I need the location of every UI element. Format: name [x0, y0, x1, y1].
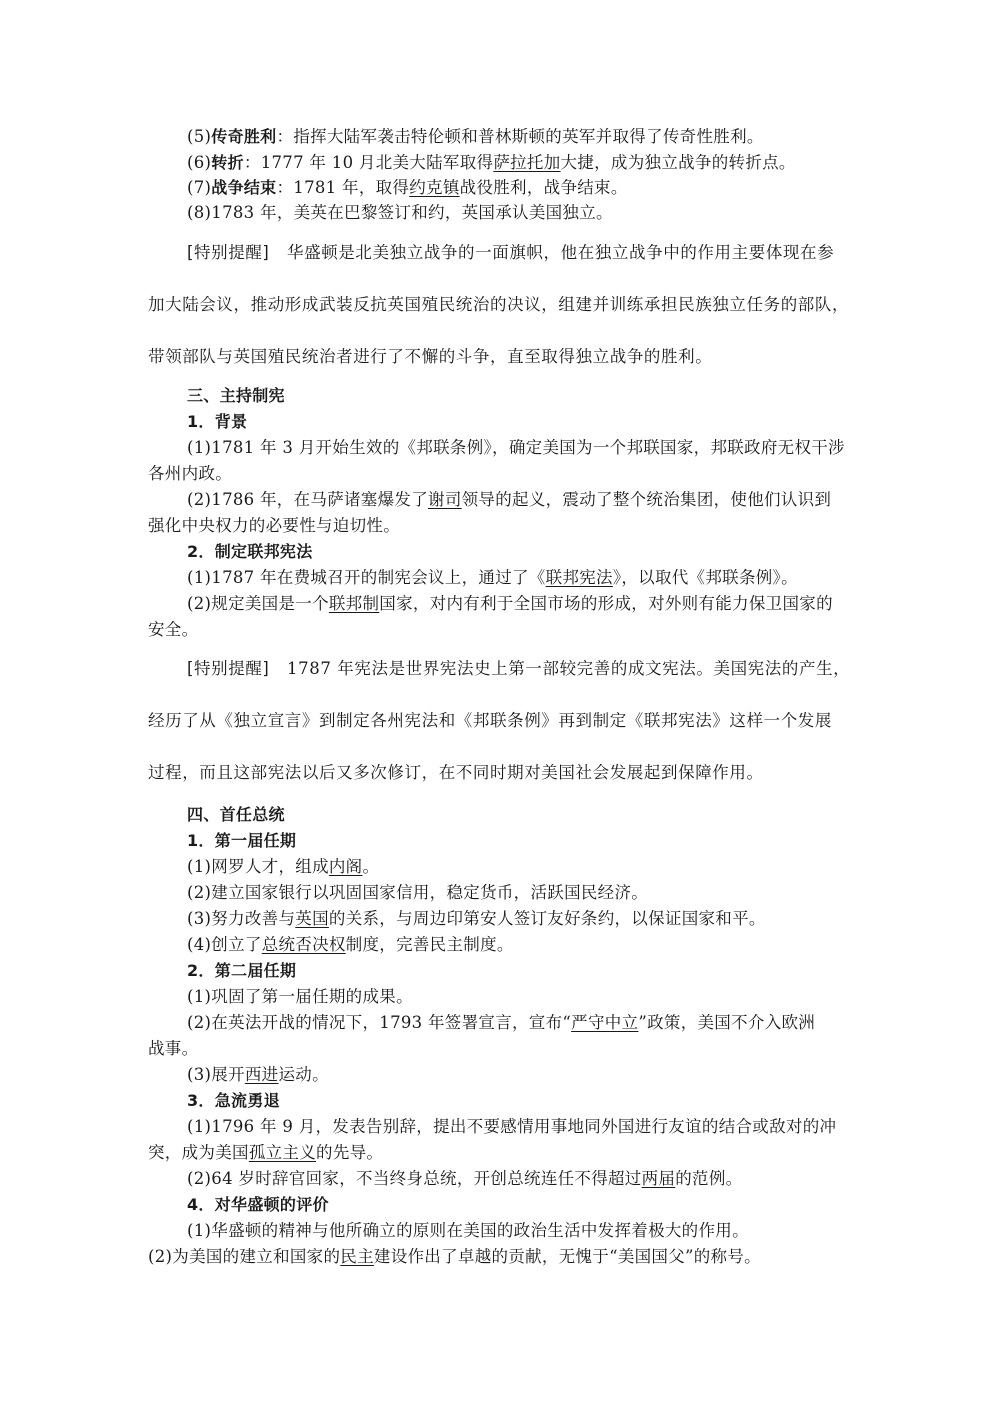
- special-note-1-line-1: [特别提醒] 华盛顿是北美独立战争的一面旗帜，他在独立战争中的作用主要体现在参: [187, 242, 852, 264]
- section-4-sub1-item-2: (2)建立国家银行以巩固国家信用，稳定货币，活跃国民经济。: [187, 882, 852, 904]
- section-4-sub1-title: 1．第一届任期: [187, 830, 852, 852]
- section-4-sub4-title: 4．对华盛顿的评价: [187, 1194, 852, 1216]
- section-3-title: 三、主持制宪: [187, 385, 852, 407]
- underlined-term: 谢司: [428, 490, 462, 509]
- section-4-sub4-p2: (2)为美国的建立和国家的民主建设作出了卓越的贡献，无愧于“美国国父”的称号。: [148, 1246, 852, 1268]
- section-4-sub3-p1: (1)1796 年 9 月，发表告别辞，提出不要感情用事地同外国进行友谊的结合或…: [187, 1116, 852, 1138]
- section-4-sub1-item-3: (3)努力改善与英国的关系，与周边印第安人签订友好条约，以保证国家和平。: [187, 908, 852, 930]
- section-3-sub1-p2: (2)1786 年，在马萨诸塞爆发了谢司领导的起义，震动了整个统治集团，使他们认…: [187, 489, 852, 511]
- underlined-term: 内阁: [329, 857, 363, 876]
- section-4-sub3-title: 3．急流勇退: [187, 1090, 852, 1112]
- item-5: (5)传奇胜利：指挥大陆军袭击特伦顿和普林斯顿的英军并取得了传奇性胜利。: [187, 126, 852, 148]
- section-3-sub2-p2-cont: 安全。: [148, 619, 852, 641]
- underlined-term: 总统否决权: [262, 935, 346, 954]
- item-label: 转折: [211, 153, 244, 172]
- note-tag: [特别提醒]: [187, 243, 269, 262]
- item-label: 战争结束: [211, 178, 276, 197]
- section-4-sub2-p2: (2)在英法开战的情况下，1793 年签署宣言，宣布“严守中立”政策，美国不介入…: [187, 1012, 852, 1034]
- underlined-term: 严守中立: [571, 1013, 638, 1032]
- item-6: (6)转折：1777 年 10 月北美大陆军取得萨拉托加大捷，成为独立战争的转折…: [187, 152, 852, 174]
- note-tag: [特别提醒]: [187, 659, 269, 678]
- document-page: (5)传奇胜利：指挥大陆军袭击特伦顿和普林斯顿的英军并取得了传奇性胜利。 (6)…: [0, 0, 1000, 1414]
- section-4-sub1-item-1: (1)网罗人才，组成内阁。: [187, 856, 852, 878]
- section-3-sub2-p1: (1)1787 年在费城召开的制宪会议上，通过了《联邦宪法》，以取代《邦联条例》…: [187, 567, 852, 589]
- special-note-1-line-2: 加大陆会议，推动形成武装反抗英国殖民统治的决议，组建并训练承担民族独立任务的部队…: [148, 294, 852, 316]
- special-note-1-line-3: 带领部队与英国殖民统治者进行了不懈的斗争，直至取得独立战争的胜利。: [148, 346, 852, 368]
- underlined-term: 西进: [245, 1065, 279, 1084]
- section-4-sub3-p1-cont: 突，成为美国孤立主义的先导。: [148, 1142, 852, 1164]
- section-4-sub2-title: 2．第二届任期: [187, 960, 852, 982]
- underlined-term: 约克镇: [409, 178, 459, 197]
- underlined-term: 萨拉托加: [493, 153, 560, 172]
- section-4-sub2-p1: (1)巩固了第一届任期的成果。: [187, 986, 852, 1008]
- section-3-sub1-p1-cont: 各州内政。: [148, 463, 852, 485]
- underlined-term: 联邦制: [329, 594, 379, 613]
- section-4-sub2-p3: (3)展开西进运动。: [187, 1064, 852, 1086]
- item-8: (8)1783 年，美英在巴黎签订和约，英国承认美国独立。: [187, 202, 852, 224]
- underlined-term: 两届: [642, 1169, 676, 1188]
- section-3-sub1-p1: (1)1781 年 3 月开始生效的《邦联条例》，确定美国为一个邦联国家，邦联政…: [187, 437, 852, 459]
- section-3-sub2-title: 2．制定联邦宪法: [187, 541, 852, 563]
- special-note-2-line-1: [特别提醒] 1787 年宪法是世界宪法史上第一部较完善的成文宪法。美国宪法的产…: [187, 658, 852, 680]
- section-3-sub1-title: 1．背景: [187, 411, 852, 433]
- section-4-sub2-p2-cont: 战事。: [148, 1038, 852, 1060]
- section-3-sub2-p2: (2)规定美国是一个联邦制国家，对内有利于全国市场的形成，对外则有能力保卫国家的: [187, 593, 852, 615]
- underlined-term: 民主: [340, 1247, 374, 1266]
- item-label: 传奇胜利: [211, 127, 276, 146]
- item-7: (7)战争结束：1781 年，取得约克镇战役胜利，战争结束。: [187, 177, 852, 199]
- section-4-sub1-item-4: (4)创立了总统否决权制度，完善民主制度。: [187, 934, 852, 956]
- special-note-2-line-2: 经历了从《独立宣言》到制定各州宪法和《邦联条例》再到制定《联邦宪法》这样一个发展: [148, 710, 852, 732]
- underlined-term: 联邦宪法: [546, 568, 613, 587]
- underlined-term: 孤立主义: [249, 1143, 316, 1162]
- special-note-2-line-3: 过程，而且这部宪法以后又多次修订，在不同时期对美国社会发展起到保障作用。: [148, 762, 852, 784]
- section-4-sub4-p1: (1)华盛顿的精神与他所确立的原则在美国的政治生活中发挥着极大的作用。: [187, 1220, 852, 1242]
- section-3-sub1-p2-cont: 强化中央权力的必要性与迫切性。: [148, 515, 852, 537]
- section-4-sub3-p2: (2)64 岁时辞官回家，不当终身总统，开创总统连任不得超过两届的范例。: [187, 1168, 852, 1190]
- underlined-term: 英国: [295, 909, 329, 928]
- section-4-title: 四、首任总统: [187, 804, 852, 826]
